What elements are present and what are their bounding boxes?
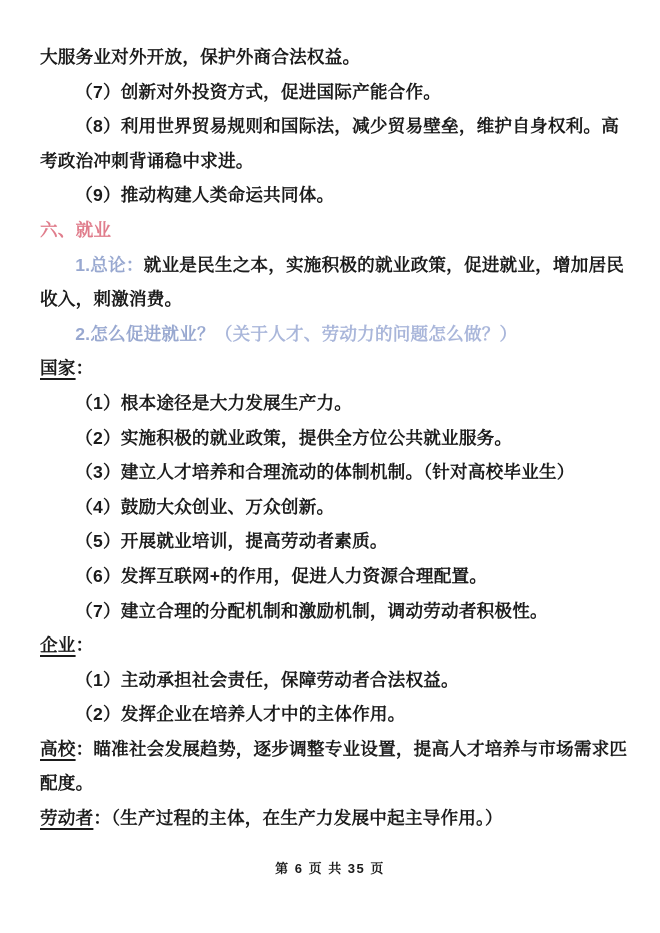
enterprise-item-1: （1）主动承担社会责任，保障劳动者合法权益。 bbox=[40, 663, 640, 698]
para-employment-overview: 1.总论：就业是民生之本，实施积极的就业政策，促进就业，增加居民 收入，刺激消费… bbox=[40, 248, 640, 317]
body-text: ：（生产过程的主体，在生产力发展中起主导作用。） bbox=[93, 808, 502, 828]
underlined-label: 国家 bbox=[40, 358, 76, 378]
body-text: ： bbox=[76, 358, 94, 378]
body-text: （1）主动承担社会责任，保障劳动者合法权益。 bbox=[75, 670, 459, 690]
body-text: （2）发挥企业在培养人才中的主体作用。 bbox=[75, 704, 405, 724]
state-item-2: （2）实施积极的就业政策，提供全方位公共就业服务。 bbox=[40, 421, 640, 456]
underlined-label: 企业 bbox=[40, 635, 76, 655]
body-text: （8）利用世界贸易规则和国际法，减少贸易壁垒，维护自身权利。高 考政治冲刺背诵稳… bbox=[40, 116, 619, 171]
underlined-label: 高校 bbox=[40, 739, 76, 759]
subheading-note: （关于人才、劳动力的问题怎么做？） bbox=[215, 324, 518, 344]
body-text: （2）实施积极的就业政策，提供全方位公共就业服务。 bbox=[75, 428, 512, 448]
document-page: 大服务业对外开放，保护外商合法权益。 （7）创新对外投资方式，促进国际产能合作。… bbox=[0, 0, 660, 933]
body-text: （9）推动构建人类命运共同体。 bbox=[75, 185, 334, 205]
underlined-label: 劳动者 bbox=[40, 808, 93, 828]
body-text: （7）建立合理的分配机制和激励机制，调动劳动者积极性。 bbox=[75, 601, 548, 621]
subheading-label: 1.总论： bbox=[75, 255, 143, 275]
body-text: （3）建立人才培养和合理流动的体制机制。（针对高校毕业生） bbox=[75, 462, 574, 482]
item-7-outbound-investment: （7）创新对外投资方式，促进国际产能合作。 bbox=[40, 75, 640, 110]
state-item-3: （3）建立人才培养和合理流动的体制机制。（针对高校毕业生） bbox=[40, 455, 640, 490]
state-item-1: （1）根本途径是大力发展生产力。 bbox=[40, 386, 640, 421]
body-text: （6）发挥互联网+的作用，促进人力资源合理配置。 bbox=[75, 566, 487, 586]
body-text: ： bbox=[76, 635, 94, 655]
body-text: （1）根本途径是大力发展生产力。 bbox=[75, 393, 352, 413]
item-8-trade-rules: （8）利用世界贸易规则和国际法，减少贸易壁垒，维护自身权利。高 考政治冲刺背诵稳… bbox=[40, 109, 640, 178]
body-text: （5）开展就业培训，提高劳动者素质。 bbox=[75, 531, 387, 551]
para-how-to-promote-employment: 2.怎么促进就业？（关于人才、劳动力的问题怎么做？） bbox=[40, 317, 640, 352]
label-enterprise: 企业： bbox=[40, 628, 640, 663]
subheading-label: 2.怎么促进就业？ bbox=[75, 324, 215, 344]
body-text: 大服务业对外开放，保护外商合法权益。 bbox=[40, 47, 360, 67]
para-workers: 劳动者：（生产过程的主体，在生产力发展中起主导作用。） bbox=[40, 801, 640, 836]
state-item-5: （5）开展就业培训，提高劳动者素质。 bbox=[40, 524, 640, 559]
item-9-community-of-destiny: （9）推动构建人类命运共同体。 bbox=[40, 178, 640, 213]
section-heading-text: 六、就业 bbox=[40, 220, 111, 240]
state-item-4: （4）鼓励大众创业、万众创新。 bbox=[40, 490, 640, 525]
state-item-6: （6）发挥互联网+的作用，促进人力资源合理配置。 bbox=[40, 559, 640, 594]
body-text: （7）创新对外投资方式，促进国际产能合作。 bbox=[75, 82, 441, 102]
body-text: ：瞄准社会发展趋势，逐步调整专业设置，提高人才培养与市场需求匹 配度。 bbox=[40, 739, 627, 794]
para-universities: 高校：瞄准社会发展趋势，逐步调整专业设置，提高人才培养与市场需求匹 配度。 bbox=[40, 732, 640, 801]
para-service-opening: 大服务业对外开放，保护外商合法权益。 bbox=[40, 40, 640, 75]
page-number: 第 6 页 共 35 页 bbox=[0, 858, 660, 877]
enterprise-item-2: （2）发挥企业在培养人才中的主体作用。 bbox=[40, 697, 640, 732]
body-text: （4）鼓励大众创业、万众创新。 bbox=[75, 497, 334, 517]
section-heading-employment: 六、就业 bbox=[40, 213, 640, 248]
document-content: 大服务业对外开放，保护外商合法权益。 （7）创新对外投资方式，促进国际产能合作。… bbox=[0, 0, 660, 836]
state-item-7: （7）建立合理的分配机制和激励机制，调动劳动者积极性。 bbox=[40, 594, 640, 629]
label-state: 国家： bbox=[40, 351, 640, 386]
